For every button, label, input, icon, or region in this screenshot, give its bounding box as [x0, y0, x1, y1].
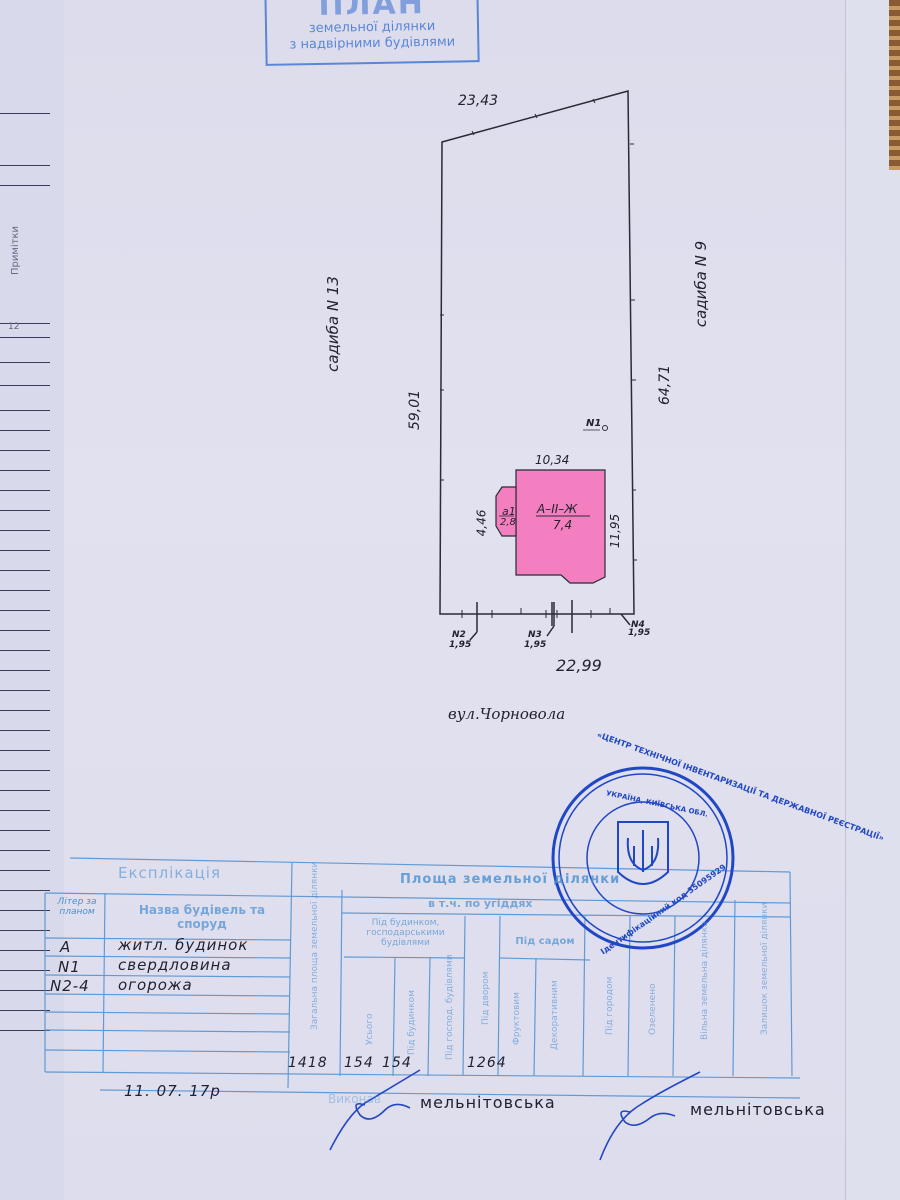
vegetable-header: Під городом [605, 955, 615, 1035]
marker-n3: N3 [528, 630, 542, 640]
plot-left-length: 59,01 [407, 390, 423, 430]
annex-length: 4,46 [474, 510, 488, 537]
building-width: 10,34 [535, 453, 569, 467]
annex-height: 2,8 [500, 517, 516, 528]
gardened-header: Озеленено [648, 955, 658, 1035]
col-letter-header: Літер за планом [50, 897, 104, 917]
explication-title: Експлікація [118, 864, 221, 882]
buildings-total-value: 154 [344, 1055, 374, 1071]
row-2-name: свердловина [118, 956, 232, 974]
under-house-value: 154 [382, 1055, 412, 1071]
left-neighbor-label: садиба N 13 [324, 276, 342, 372]
area-title: Площа земельної ділянки [400, 872, 620, 887]
well-marker [603, 426, 608, 431]
main-building-height: 7,4 [553, 518, 572, 532]
building-depth: 11,95 [608, 514, 622, 548]
yard-header: Під двором [481, 945, 491, 1025]
date: 11. 07. 17р [124, 1082, 221, 1100]
col-name-header: Назва будівель та споруд [122, 903, 282, 931]
plot-right-length: 64,71 [657, 365, 673, 405]
row-1-name: житл. будинок [118, 936, 248, 954]
executed-by-label: Виконав [328, 1092, 381, 1106]
total-area-header: Загальна площа земельної ділянки [310, 920, 320, 1030]
street-label: вул.Чорновола [448, 705, 565, 723]
row-3-letter: N2-4 [50, 977, 90, 995]
free-area-header: Вільна земельна ділянка [700, 930, 710, 1040]
marker-n4-value: 1,95 [628, 628, 650, 638]
signature-name-1: мельнітовська [420, 1093, 556, 1112]
marker-n2-value: 1,95 [449, 640, 471, 650]
row-3-name: огорожа [118, 976, 193, 994]
garden-header: Під садом [505, 936, 585, 947]
sub-total-header: Усього [365, 985, 375, 1045]
sub-house-header: Під будинком [407, 975, 417, 1055]
marker-n1: N1 [586, 418, 601, 429]
extra-area-header: Залишок земельної ділянки [760, 925, 770, 1035]
row-2-letter: N1 [58, 958, 81, 976]
fruit-header: Фруктовим [512, 975, 522, 1045]
row-1-letter: А [60, 938, 71, 956]
sub-outbuildings-header: Під господ. будівлями [445, 970, 455, 1060]
total-area-value: 1418 [288, 1055, 328, 1071]
under-buildings-header: Під будинком, господарськими будівлями [348, 918, 463, 948]
right-neighbor-label: садиба N 9 [692, 241, 710, 327]
plot-top-length: 23,43 [458, 93, 498, 109]
plot-bottom-length: 22,99 [556, 656, 602, 675]
marker-n3-value: 1,95 [524, 640, 546, 650]
yard-value: 1264 [467, 1055, 507, 1071]
marker-n2: N2 [452, 630, 466, 640]
by-land-header: в т.ч. по угіддях [428, 897, 533, 910]
signature-name-2: мельнітовська [690, 1100, 826, 1119]
decorative-header: Декоративним [550, 970, 560, 1050]
signature-marks [330, 1070, 700, 1160]
main-building-label: А–ІІ–Ж [537, 502, 577, 516]
